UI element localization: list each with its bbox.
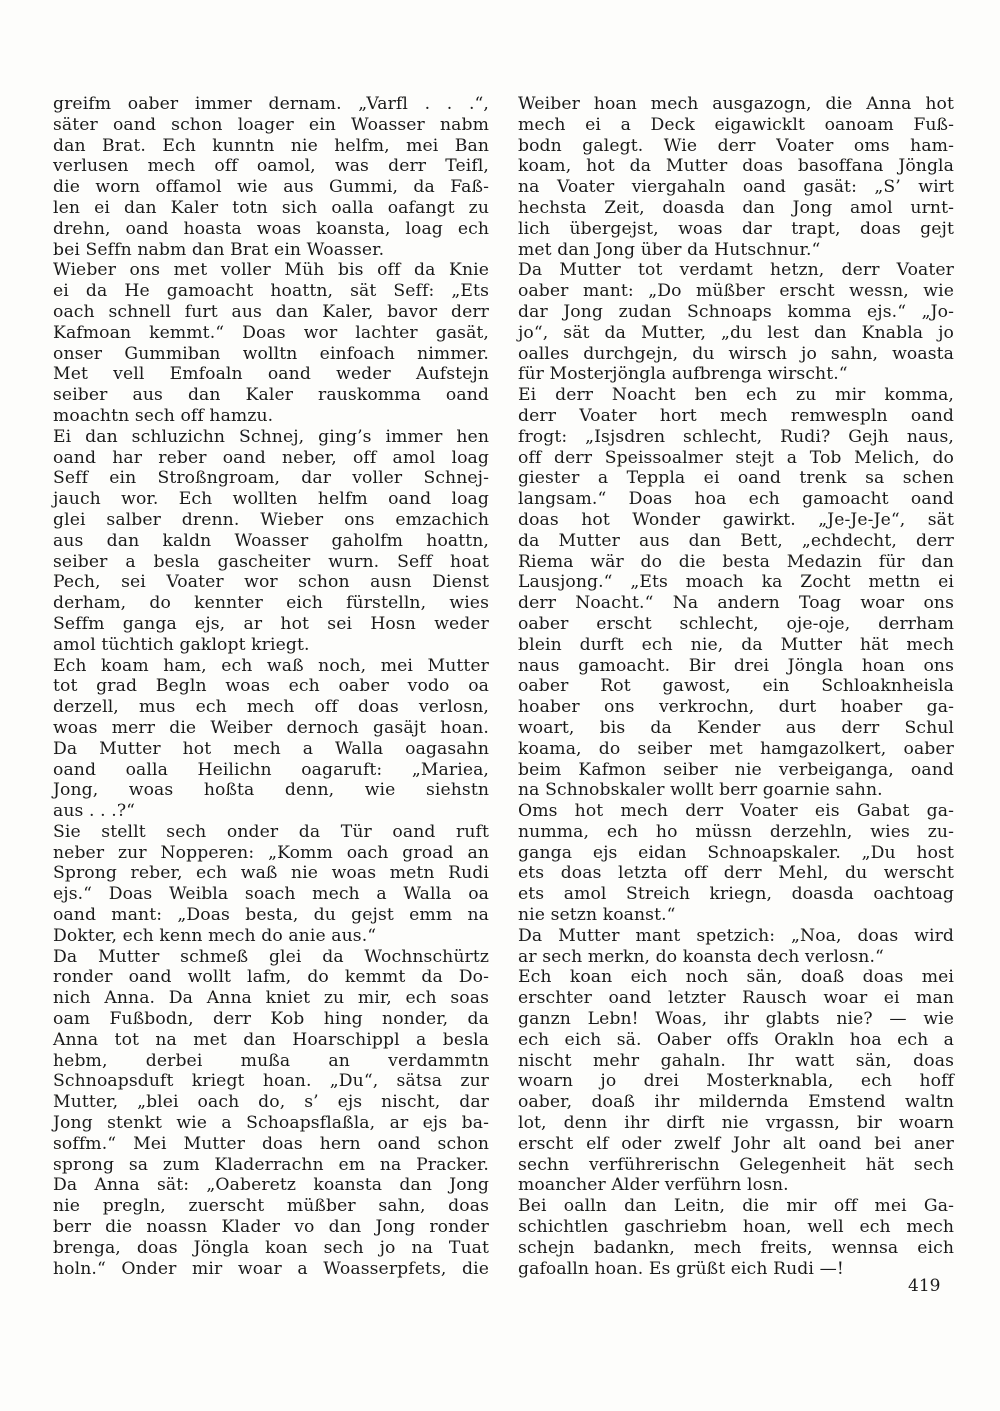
text-line: beim Kafmon seiber nie verbeiganga, oand [518,760,954,781]
text-line: oand mant: „Doas besta, du gejst emm na [53,905,489,926]
text-line: Ech koan eich noch sän, doaß doas mei [518,967,954,988]
text-line: Ei dan schluzichn Schnej, ging’s immer h… [53,427,489,448]
text-line: bei Seffn nabm dan Brat ein Woasser. [53,240,489,261]
text-line: onser Gummiban wolltn einfoach nimmer. [53,344,489,365]
text-line: erschter oand letzter Rausch woar ei man [518,988,954,1009]
text-line: len ei dan Kaler totn sich oalla oafangt… [53,198,489,219]
text-line: woart, bis da Kender aus derr Schul [518,718,954,739]
text-line: jauch wor. Ech wollten helfm oand loag [53,489,489,510]
text-line: Da Mutter hot mech a Walla oagasahn [53,739,489,760]
page-number: 419 [908,1276,940,1296]
text-line: Wieber ons met voller Müh bis off da Kni… [53,260,489,281]
text-line: derr Voater hort mech remwespln oand [518,406,954,427]
text-line: oalles durchgejn, du wirsch jo sahn, woa… [518,344,954,365]
text-line: greifm oaber immer dernam. „Varfl . . .“… [53,94,489,115]
text-line: blein durft ech nie, da Mutter hät mech [518,635,954,656]
text-line: Lausjong.“ „Ets moach ka Zocht mettn ei [518,572,954,593]
text-line: holn.“ Onder mir woar a Woasserpfets, di… [53,1259,489,1280]
text-line: Anna tot na met dan Hoarschippl a besla [53,1030,489,1051]
text-line: numma, ech ho müssn derzehln, wies zu- [518,822,954,843]
text-line: moancher Alder verführn losn. [518,1175,954,1196]
text-line: oand har reber oand neber, off amol loag [53,448,489,469]
text-line: moachtn sech off hamzu. [53,406,489,427]
text-line: sprong sa zum Kladerrachn em na Pracker. [53,1155,489,1176]
text-line: Ei derr Noacht ben ech zu mir komma, [518,385,954,406]
text-line: Mutter, „blei oach do, s’ ejs nischt, da… [53,1092,489,1113]
text-line: ejs.“ Doas Weibla soach mech a Walla oa [53,884,489,905]
text-line: verlusen mech off oamol, was derr Teifl, [53,156,489,177]
text-line: berr die noassn Klader vo dan Jong ronde… [53,1217,489,1238]
text-line: schejn badankn, mech freits, wennsa eich [518,1238,954,1259]
text-line: brenga, doas Jöngla koan sech jo na Tuat [53,1238,489,1259]
text-line: Seff ein Stroßngroam, dar voller Schnej- [53,468,489,489]
text-line: na Schnobskaler wollt berr goarnie sahn. [518,780,954,801]
text-line: Ech koam ham, ech waß noch, mei Mutter [53,656,489,677]
text-line: Met vell Emfoaln oand weder Aufstejn [53,364,489,385]
text-line: off derr Speissoalmer stejt a Tob Melich… [518,448,954,469]
text-line: oam Fußbodn, derr Kob hing nonder, da [53,1009,489,1030]
text-line: derham, do kennter eich fürstelln, wies [53,593,489,614]
text-line: woarn jo drei Mosterknabla, ech hoff [518,1071,954,1092]
text-line: ronder oand wollt lafm, do kemmt da Do- [53,967,489,988]
text-line: ei da He gamoacht hoattn, sät Seff: „Ets [53,281,489,302]
text-line: Pech, sei Voater wor schon ausn Dienst [53,572,489,593]
text-line: Riema wär do die besta Medazin für dan [518,552,954,573]
text-line: Jong, woas hoßta denn, wie siehstn [53,780,489,801]
text-line: derzell, mus ech mech off doas verlosn, [53,697,489,718]
text-line: Da Mutter mant spetzich: „Noa, doas wird [518,926,954,947]
text-line: Dokter, ech kenn mech do anie aus.“ [53,926,489,947]
text-line: doas hot Wonder gawirkt. „Je-Je-Je“, sät [518,510,954,531]
text-line: nich Anna. Da Anna kniet zu mir, ech soa… [53,988,489,1009]
text-line: giester a Teppla ei oand trenk sa schen [518,468,954,489]
text-line: woas merr die Weiber dernoch gasäjt hoan… [53,718,489,739]
text-line: Oms hot mech derr Voater eis Gabat ga- [518,801,954,822]
text-line: mech ei a Deck eigawicklt oanoam Fuß- [518,115,954,136]
text-line: ganzn Lebn! Woas, ihr glabts nie? — wie [518,1009,954,1030]
text-line: oaber mant: „Do müßber erscht wessn, wie [518,281,954,302]
text-line: dar Jong zudan Schnoaps komma ejs.“ „Jo- [518,302,954,323]
text-line: schichtlen gaschriebm hoan, well ech mec… [518,1217,954,1238]
text-line: derr Noacht.“ Na andern Toag woar ons [518,593,954,614]
text-line: erscht elf oder zwelf Johr alt oand bei … [518,1134,954,1155]
text-line: Seffm ganga ejs, ar hot sei Hosn weder [53,614,489,635]
text-line: bodn galegt. Wie derr Voater oms ham- [518,136,954,157]
text-line: Da Mutter tot verdamt hetzn, derr Voater [518,260,954,281]
text-line: lich übergejst, woas dar trapt, doas gej… [518,219,954,240]
text-line: glei salber drenn. Wieber ons emzachich [53,510,489,531]
text-line: tot grad Begln woas ech oaber vodo oa [53,676,489,697]
text-line: säter oand schon loager ein Woasser nabm [53,115,489,136]
text-line: aus . . .?“ [53,801,489,822]
text-line: Da Mutter schmeß glei da Wochnschürtz [53,947,489,968]
text-line: dan Brat. Ech kunntn nie helfm, mei Ban [53,136,489,157]
document-page: greifm oaber immer dernam. „Varfl . . .“… [0,0,1000,1411]
text-line: ar sech merkn, do koansta dech verlosn.“ [518,947,954,968]
text-line: met dan Jong über da Hutschnur.“ [518,240,954,261]
text-line: drehn, oand hoasta woas koansta, loag ec… [53,219,489,240]
text-line: soffm.“ Mei Mutter doas hern oand schon [53,1134,489,1155]
text-line: lot, denn ihr dirft nie vrgassn, bir woa… [518,1113,954,1134]
text-line: für Mosterjöngla aufbrenga wirscht.“ [518,364,954,385]
text-line: Schnoapsduft kriegt hoan. „Du“, sätsa zu… [53,1071,489,1092]
text-column-left: greifm oaber immer dernam. „Varfl . . .“… [53,94,489,1279]
text-line: amol tüchtich gaklopt kriegt. [53,635,489,656]
text-line: oaber erscht schlecht, oje-oje, derrham [518,614,954,635]
text-line: hoaber ons verkrochn, durt hoaber ga- [518,697,954,718]
text-line: naus gamoacht. Bir drei Jöngla hoan ons [518,656,954,677]
text-line: frogt: „Isjsdren schlecht, Rudi? Gejh na… [518,427,954,448]
text-line: Da Anna sät: „Oaberetz koansta dan Jong [53,1175,489,1196]
text-line: da Mutter aus dan Bett, „echdecht, derr [518,531,954,552]
text-line: Weiber hoan mech ausgazogn, die Anna hot [518,94,954,115]
text-line: gafoalln hoan. Es grüßt eich Rudi —! [518,1259,954,1280]
text-line: die worn offamol wie aus Gummi, da Faß- [53,177,489,198]
text-line: jo“, sät da Mutter, „du lest dan Knabla … [518,323,954,344]
text-line: ganga ejs eidan Schnoapskaler. „Du host [518,843,954,864]
text-line: Bei oalln dan Leitn, die mir off mei Ga- [518,1196,954,1217]
text-line: na Voater viergahaln oand gasät: „S’ wir… [518,177,954,198]
text-line: Jong stenkt wie a Schoapsflaßla, ar ejs … [53,1113,489,1134]
text-line: sechn verführerischn Gelegenheit hät sec… [518,1155,954,1176]
text-line: aus dan kaldn Woasser gaholfm hoattn, [53,531,489,552]
text-line: ets doas letzta off derr Mehl, du wersch… [518,863,954,884]
text-line: nischt mehr gahaln. Ihr watt sän, doas [518,1051,954,1072]
text-line: seiber aus dan Kaler rauskomma oand [53,385,489,406]
text-column-right: Weiber hoan mech ausgazogn, die Anna hot… [518,94,954,1279]
text-line: neber zur Nopperen: „Komm oach groad an [53,843,489,864]
text-line: Sie stellt sech onder da Tür oand ruft [53,822,489,843]
text-line: nie pregln, zuerscht müßber sahn, doas [53,1196,489,1217]
text-line: oand oalla Heilichn oagaruft: „Mariea, [53,760,489,781]
text-line: oach schnell furt aus dan Kaler, bavor d… [53,302,489,323]
text-line: seiber a besla gascheiter wurn. Seff hoa… [53,552,489,573]
text-line: hechsta Zeit, doasda dan Jong amol urnt- [518,198,954,219]
text-line: langsam.“ Doas hoa ech gamoacht oand [518,489,954,510]
text-line: hebm, derbei mußa an verdammtn [53,1051,489,1072]
text-line: nie setzn koanst.“ [518,905,954,926]
text-line: ets amol Streich kriegn, doasda oachtoag [518,884,954,905]
text-line: ech eich sä. Oaber offs Orakln hoa ech a [518,1030,954,1051]
text-line: koama, do seiber met hamgazolkert, oaber [518,739,954,760]
text-line: Sprong reber, ech waß nie woas metn Rudi [53,863,489,884]
text-line: koam, hot da Mutter doas basoffana Jöngl… [518,156,954,177]
text-line: oaber, doaß ihr mildernda Emstend waltn [518,1092,954,1113]
text-line: oaber Rot gawost, ein Schloaknheisla [518,676,954,697]
text-line: Kafmoan kemmt.“ Doas wor lachter gasät, [53,323,489,344]
